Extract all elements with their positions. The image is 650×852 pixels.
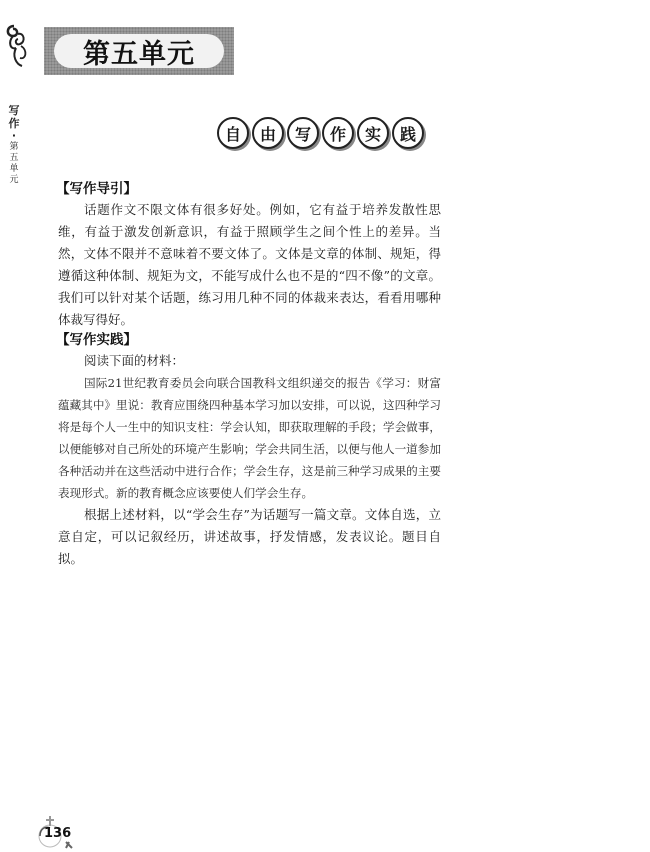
- practice-intro: 阅读下面的材料：: [58, 350, 441, 372]
- heading-circle-char: 由: [252, 117, 284, 149]
- guide-paragraph: 话题作文不限文体有很多好处。例如，它有益于培养发散性思维，有益于激发创新意识，有…: [58, 199, 441, 331]
- side-label-char: 五: [9, 153, 18, 164]
- heading-circle-char: 作: [322, 117, 354, 149]
- page-number: 136: [44, 826, 71, 841]
- heading-circle-char: 自: [217, 117, 249, 149]
- practice-task: 根据上述材料，以“学会生存”为话题写一篇文章。文体自选，立意自定，可以记叙经历，…: [58, 504, 441, 570]
- side-label-char: 写: [9, 104, 20, 117]
- side-label-char: 第: [9, 142, 18, 153]
- section-heading-free-writing: 自 由 写 作 实 践: [217, 117, 424, 149]
- side-label-char: 元: [9, 175, 18, 186]
- heading-circle-char: 写: [287, 117, 319, 149]
- unit-title: 第五单元: [83, 32, 195, 71]
- guide-section-title: 【写作导引】: [56, 177, 137, 197]
- unit-banner: 第五单元: [44, 27, 234, 75]
- practice-material: 国际21世纪教育委员会向联合国教科文组织递交的报告《学习：财富蕴藏其中》里说：教…: [58, 372, 441, 504]
- side-label-char: 单: [9, 164, 18, 175]
- heading-circle-char: 践: [392, 117, 424, 149]
- decorative-flourish-icon: [4, 20, 32, 72]
- side-chapter-label: 写 作 · 第 五 单 元: [8, 104, 20, 186]
- unit-pill: 第五单元: [54, 34, 224, 68]
- practice-section-title: 【写作实践】: [56, 328, 137, 348]
- side-label-dot: ·: [12, 130, 16, 142]
- heading-circle-char: 实: [357, 117, 389, 149]
